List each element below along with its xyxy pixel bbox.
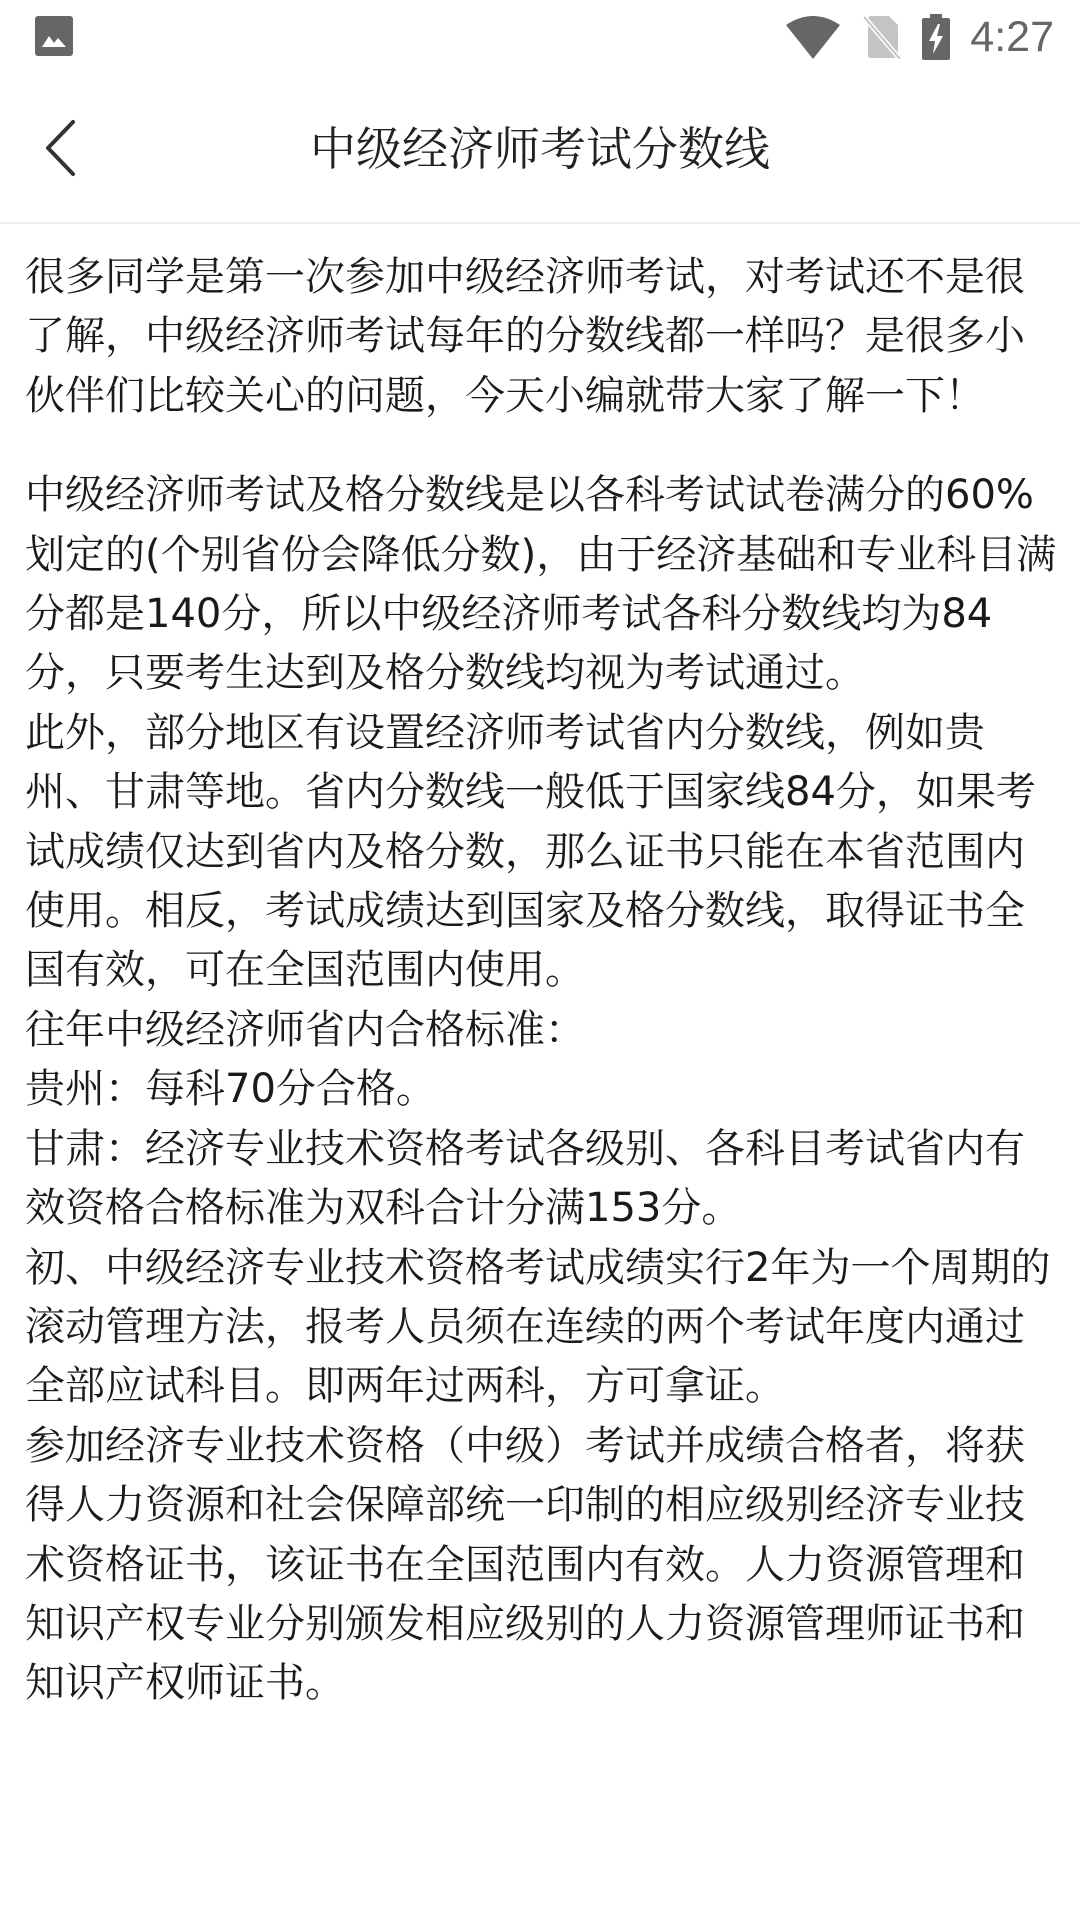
article-paragraph: 贵州：每科70分合格。	[25, 1060, 1061, 1119]
status-icons: 4:27	[786, 10, 1054, 64]
article-body: 很多同学是第一次参加中级经济师考试，对考试还不是很了解，中级经济师考试每年的分数…	[25, 248, 1061, 1714]
article-paragraph: 初、中级经济专业技术资格考试成绩实行2年为一个周期的滚动管理方法，报考人员须在连…	[25, 1239, 1061, 1417]
no-sim-icon	[862, 15, 902, 59]
page-title: 中级经济师考试分数线	[0, 74, 1080, 224]
status-bar: 4:27	[0, 0, 1080, 74]
back-button[interactable]	[30, 110, 90, 190]
battery-charging-icon	[922, 14, 950, 60]
wifi-icon	[786, 15, 840, 59]
article-paragraph: 甘肃：经济专业技术资格考试各级别、各科目考试省内有效资格合格标准为双科合计分满1…	[25, 1120, 1061, 1239]
clock: 4:27	[970, 13, 1054, 62]
article-paragraph: 参加经济专业技术资格（中级）考试并成绩合格者，将获得人力资源和社会保障部统一印制…	[25, 1417, 1061, 1714]
app-bar: 中级经济师考试分数线	[0, 74, 1080, 224]
image-icon	[35, 16, 73, 56]
article-paragraph-intro: 很多同学是第一次参加中级经济师考试，对考试还不是很了解，中级经济师考试每年的分数…	[25, 248, 1061, 426]
article-paragraph: 此外，部分地区有设置经济师考试省内分数线，例如贵州、甘肃等地。省内分数线一般低于…	[25, 704, 1061, 1001]
article-paragraph: 往年中级经济师省内合格标准：	[25, 1001, 1061, 1060]
chevron-left-icon	[43, 119, 77, 181]
article-paragraph: 中级经济师考试及格分数线是以各科考试试卷满分的60%划定的(个别省份会降低分数)…	[25, 466, 1061, 704]
